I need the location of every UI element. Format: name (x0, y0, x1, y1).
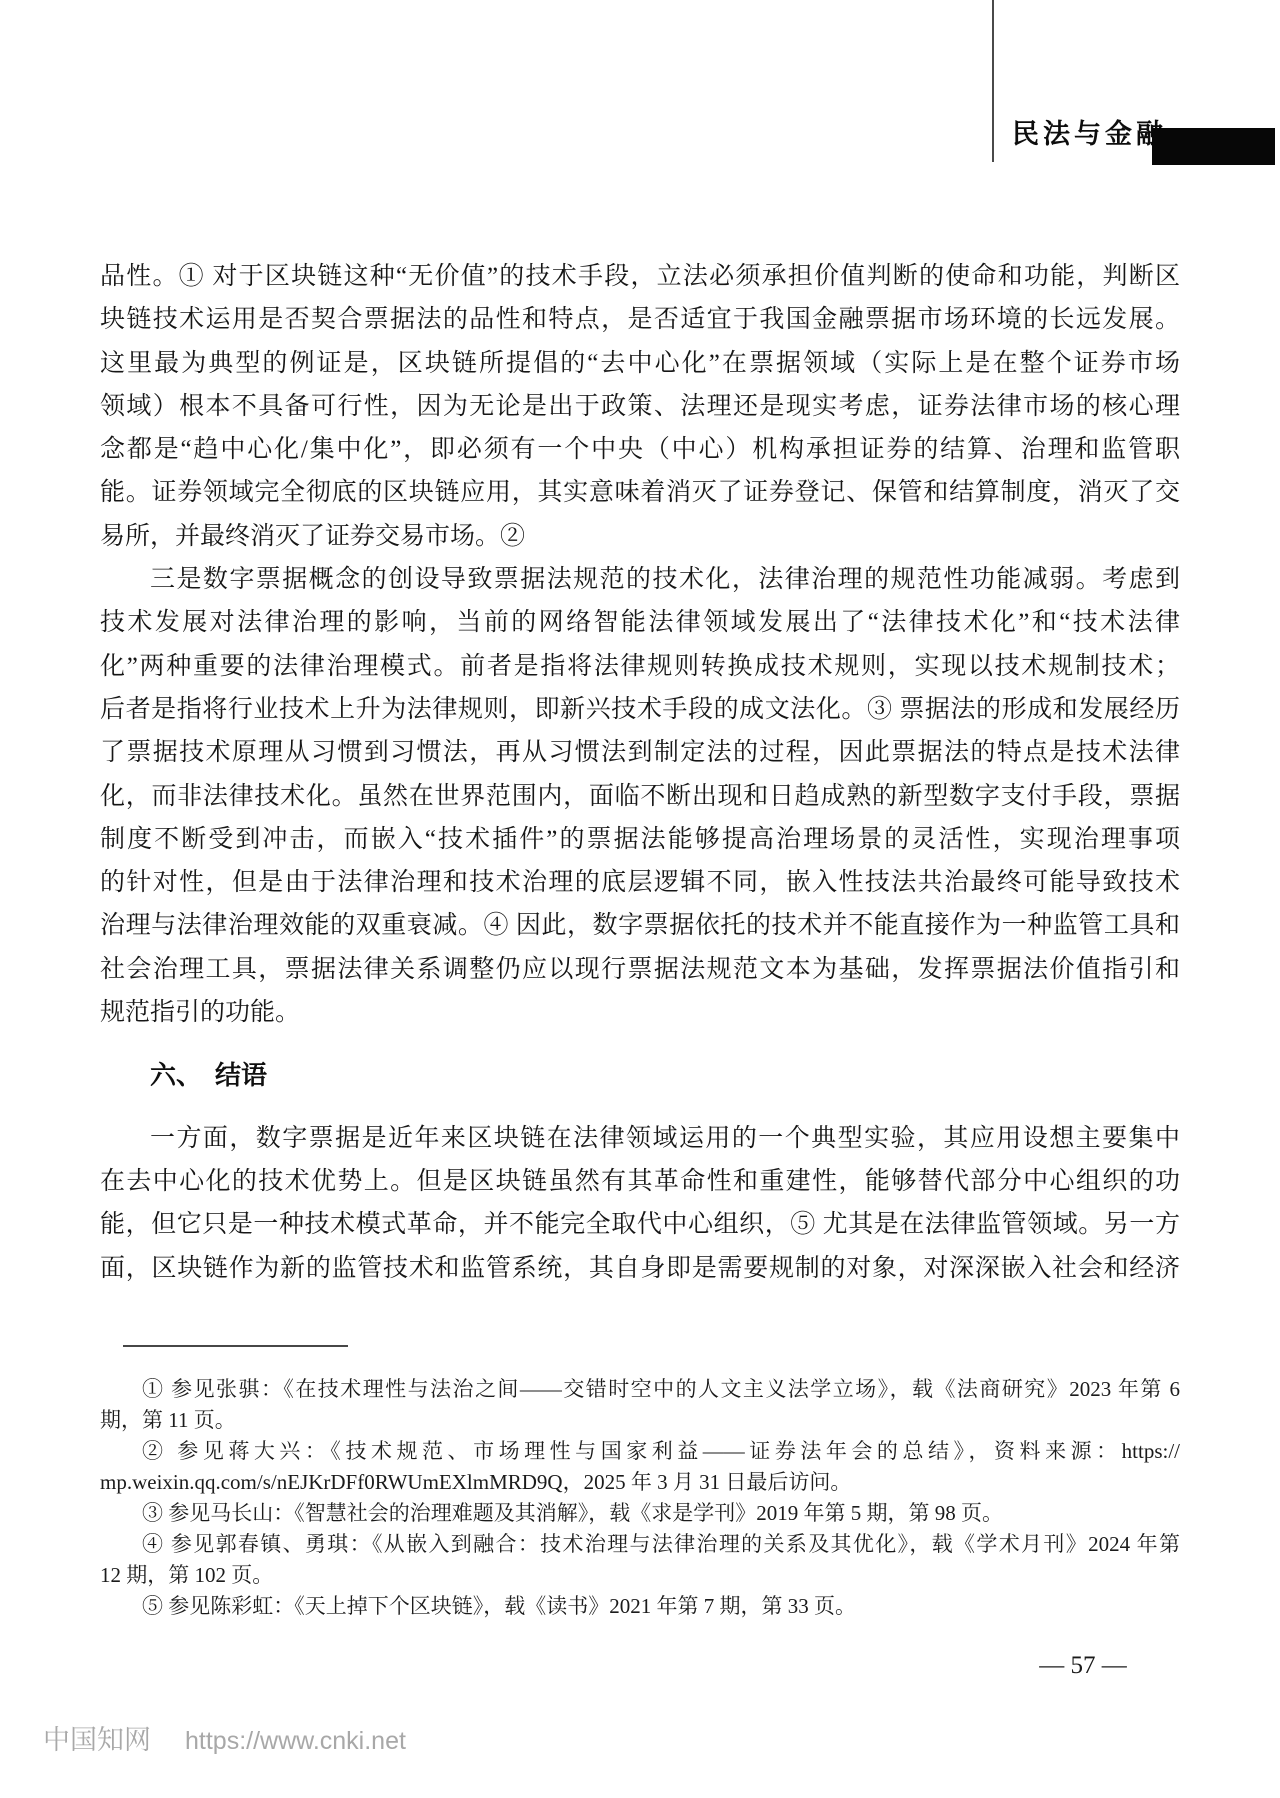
body-text-line: 念都是“趋中心化/集中化”，即必须有一个中央（中心）机构承担证券的结算、治理和监… (100, 428, 1180, 471)
body-text-line: 治理与法律治理效能的双重衰减。④ 因此，数字票据依托的技术并不能直接作为一种监管… (100, 904, 1180, 947)
header-redaction-bar (1152, 128, 1275, 165)
article-body: 品性。① 对于区块链这种“无价值”的技术手段，立法必须承担价值判断的使命和功能，… (100, 255, 1180, 1290)
body-text-line: 领域）根本不具备可行性，因为无论是出于政策、法理还是现实考虑，证券法律市场的核心… (100, 385, 1180, 428)
body-text-line: 一方面，数字票据是近年来区块链在法律领域运用的一个典型实验，其应用设想主要集中 (100, 1117, 1180, 1160)
header-vertical-rule (992, 0, 994, 162)
footnote-line: ② 参见蒋大兴：《技术规范、市场理性与国家利益——证券法年会的总结》，资料来源：… (100, 1436, 1180, 1467)
body-text-line: 制度不断受到冲击，而嵌入“技术插件”的票据法能够提高治理场景的灵活性，实现治理事… (100, 818, 1180, 861)
body-text-line: 能，但它只是一种技术模式革命，并不能完全取代中心组织，⑤ 尤其是在法律监管领域。… (100, 1203, 1180, 1246)
footnote-divider-rule (123, 1345, 348, 1347)
body-text-line: 面，区块链作为新的监管技术和监管系统，其自身即是需要规制的对象，对深深嵌入社会和… (100, 1247, 1180, 1290)
footnote-line: ① 参见张骐：《在技术理性与法治之间——交错时空中的人文主义法学立场》，载《法商… (100, 1374, 1180, 1405)
page-number: — 57 — (1008, 1652, 1158, 1680)
section-heading-conclusion: 六、 结语 (100, 1054, 1180, 1097)
paragraph: 一方面，数字票据是近年来区块链在法律领域运用的一个典型实验，其应用设想主要集中在… (100, 1117, 1180, 1290)
footnote-line: 期，第 11 页。 (100, 1405, 1180, 1436)
body-text-line: 后者是指将行业技术上升为法律规则，即新兴技术手段的成文法化。③ 票据法的形成和发… (100, 688, 1180, 731)
footnote-block: ① 参见张骐：《在技术理性与法治之间——交错时空中的人文主义法学立场》，载《法商… (100, 1374, 1180, 1622)
column-section-title: 民法与金融 (1012, 112, 1167, 151)
body-text-line: 规范指引的功能。 (100, 991, 1180, 1034)
cnki-brand-text: 中国知网 (43, 1718, 151, 1757)
body-text-line: 的针对性，但是由于法律治理和技术治理的底层逻辑不同，嵌入性技法共治最终可能导致技… (100, 861, 1180, 904)
body-text-line: 技术发展对法律治理的影响，当前的网络智能法律领域发展出了“法律技术化”和“技术法… (100, 601, 1180, 644)
footnote-line: ③ 参见马长山：《智慧社会的治理难题及其消解》，载《求是学刊》2019 年第 5… (100, 1498, 1180, 1529)
body-text-line: 品性。① 对于区块链这种“无价值”的技术手段，立法必须承担价值判断的使命和功能，… (100, 255, 1180, 298)
body-text-line: 化”两种重要的法律治理模式。前者是指将法律规则转换成技术规则，实现以技术规制技术… (100, 645, 1180, 688)
body-text-line: 易所，并最终消灭了证券交易市场。② (100, 515, 1180, 558)
body-text-line: 在去中心化的技术优势上。但是区块链虽然有其革命性和重建性，能够替代部分中心组织的… (100, 1160, 1180, 1203)
paragraph: 三是数字票据概念的创设导致票据法规范的技术化，法律治理的规范性功能减弱。考虑到技… (100, 558, 1180, 1034)
footnote-line: mp.weixin.qq.com/s/nEJKrDFf0RWUmEXlmMRD9… (100, 1467, 1180, 1498)
footnote-line: ④ 参见郭春镇、勇琪：《从嵌入到融合：技术治理与法律治理的关系及其优化》，载《学… (100, 1529, 1180, 1560)
body-text-line: 块链技术运用是否契合票据法的品性和特点，是否适宜于我国金融票据市场环境的长远发展… (100, 298, 1180, 341)
paragraph: 品性。① 对于区块链这种“无价值”的技术手段，立法必须承担价值判断的使命和功能，… (100, 255, 1180, 558)
cnki-watermark: 中国知网 https://www.cnki.net (43, 1718, 406, 1757)
cnki-url-text: https://www.cnki.net (185, 1727, 406, 1756)
body-text-line: 了票据技术原理从习惯到习惯法，再从习惯法到制定法的过程，因此票据法的特点是技术法… (100, 731, 1180, 774)
body-text-line: 三是数字票据概念的创设导致票据法规范的技术化，法律治理的规范性功能减弱。考虑到 (100, 558, 1180, 601)
body-text-line: 这里最为典型的例证是，区块链所提倡的“去中心化”在票据领域（实际上是在整个证券市… (100, 342, 1180, 385)
footnote-line: ⑤ 参见陈彩虹：《天上掉下个区块链》，载《读书》2021 年第 7 期，第 33… (100, 1591, 1180, 1622)
body-text-line: 社会治理工具，票据法律关系调整仍应以现行票据法规范文本为基础，发挥票据法价值指引… (100, 948, 1180, 991)
body-text-line: 能。证券领域完全彻底的区块链应用，其实意味着消灭了证券登记、保管和结算制度，消灭… (100, 471, 1180, 514)
body-text-line: 化，而非法律技术化。虽然在世界范围内，面临不断出现和日趋成熟的新型数字支付手段，… (100, 775, 1180, 818)
footnote-line: 12 期，第 102 页。 (100, 1560, 1180, 1591)
scanned-journal-page: 民法与金融 品性。① 对于区块链这种“无价值”的技术手段，立法必须承担价值判断的… (0, 0, 1280, 1798)
